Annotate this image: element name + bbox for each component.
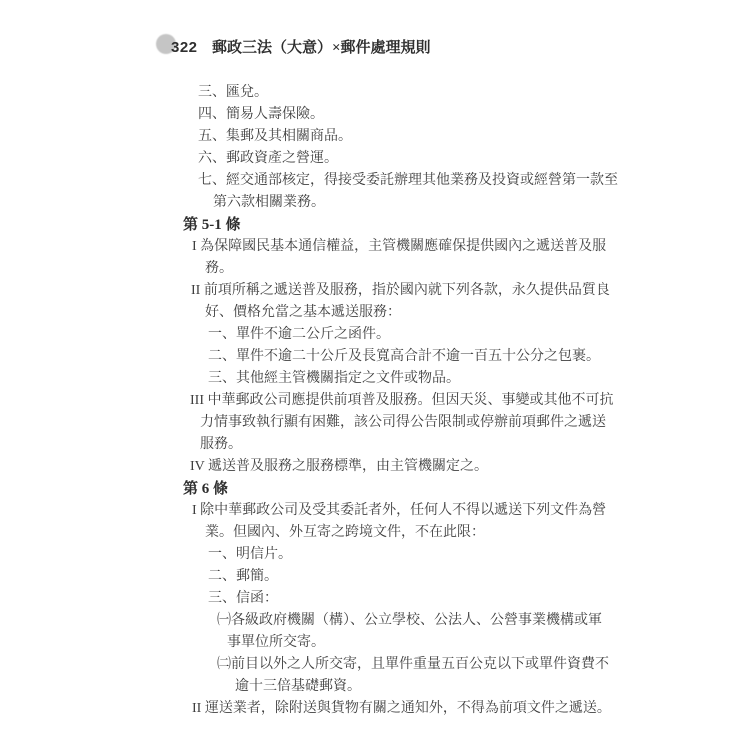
text-line: 力情事致執行顯有困難，該公司得公告限制或停辦前項郵件之遞送 [0,412,750,434]
text-line: I 為保障國民基本通信權益，主管機關應確保提供國內之遞送普及服 [0,236,750,258]
text-line: I 除中華郵政公司及受其委託者外，任何人不得以遞送下列文件為營 [0,500,750,522]
text-line: 務。 [0,258,750,280]
page-number: 322 [171,40,198,56]
text-line: 三、其他經主管機關指定之文件或物品。 [0,368,750,390]
book-page: 322 郵政三法（大意）×郵件處理規則 三、匯兌。四、簡易人壽保險。五、集郵及其… [0,0,750,750]
text-line: 五、集郵及其相關商品。 [0,126,750,148]
text-line: 一、單件不逾二公斤之函件。 [0,324,750,346]
chapter-title: 郵政三法（大意）×郵件處理規則 [212,40,431,56]
text-line: 七、經交通部核定，得接受委託辦理其他業務及投資或經營第一款至 [0,170,750,192]
text-line: II 運送業者，除附送與貨物有關之通知外，不得為前項文件之遞送。 [0,698,750,720]
text-line: 二、單件不逾二十公斤及長寬高合計不逾一百五十公分之包裹。 [0,346,750,368]
article-heading: 第 5-1 條 [0,214,750,236]
text-line: 三、匯兌。 [0,82,750,104]
text-line: 二、郵簡。 [0,566,750,588]
text-line: ㈠各級政府機關（構）、公立學校、公法人、公營事業機構或軍 [0,610,750,632]
text-line: 服務。 [0,434,750,456]
text-line: 三、信函： [0,588,750,610]
page-body: 三、匯兌。四、簡易人壽保險。五、集郵及其相關商品。六、郵政資產之營運。七、經交通… [0,82,750,720]
text-line: 好、價格允當之基本遞送服務： [0,302,750,324]
text-line: II 前項所稱之遞送普及服務，指於國內就下列各款，永久提供品質良 [0,280,750,302]
text-line: 逾十三倍基礎郵資。 [0,676,750,698]
text-line: 四、簡易人壽保險。 [0,104,750,126]
text-line: 六、郵政資產之營運。 [0,148,750,170]
text-line: IV 遞送普及服務之服務標準，由主管機關定之。 [0,456,750,478]
text-line: ㈡前目以外之人所交寄，且單件重量五百公克以下或單件資費不 [0,654,750,676]
text-line: 業。但國內、外互寄之跨境文件，不在此限： [0,522,750,544]
text-line: 第六款相關業務。 [0,192,750,214]
text-line: 一、明信片。 [0,544,750,566]
article-heading: 第 6 條 [0,478,750,500]
text-line: III 中華郵政公司應提供前項普及服務。但因天災、事變或其他不可抗 [0,390,750,412]
text-line: 事單位所交寄。 [0,632,750,654]
